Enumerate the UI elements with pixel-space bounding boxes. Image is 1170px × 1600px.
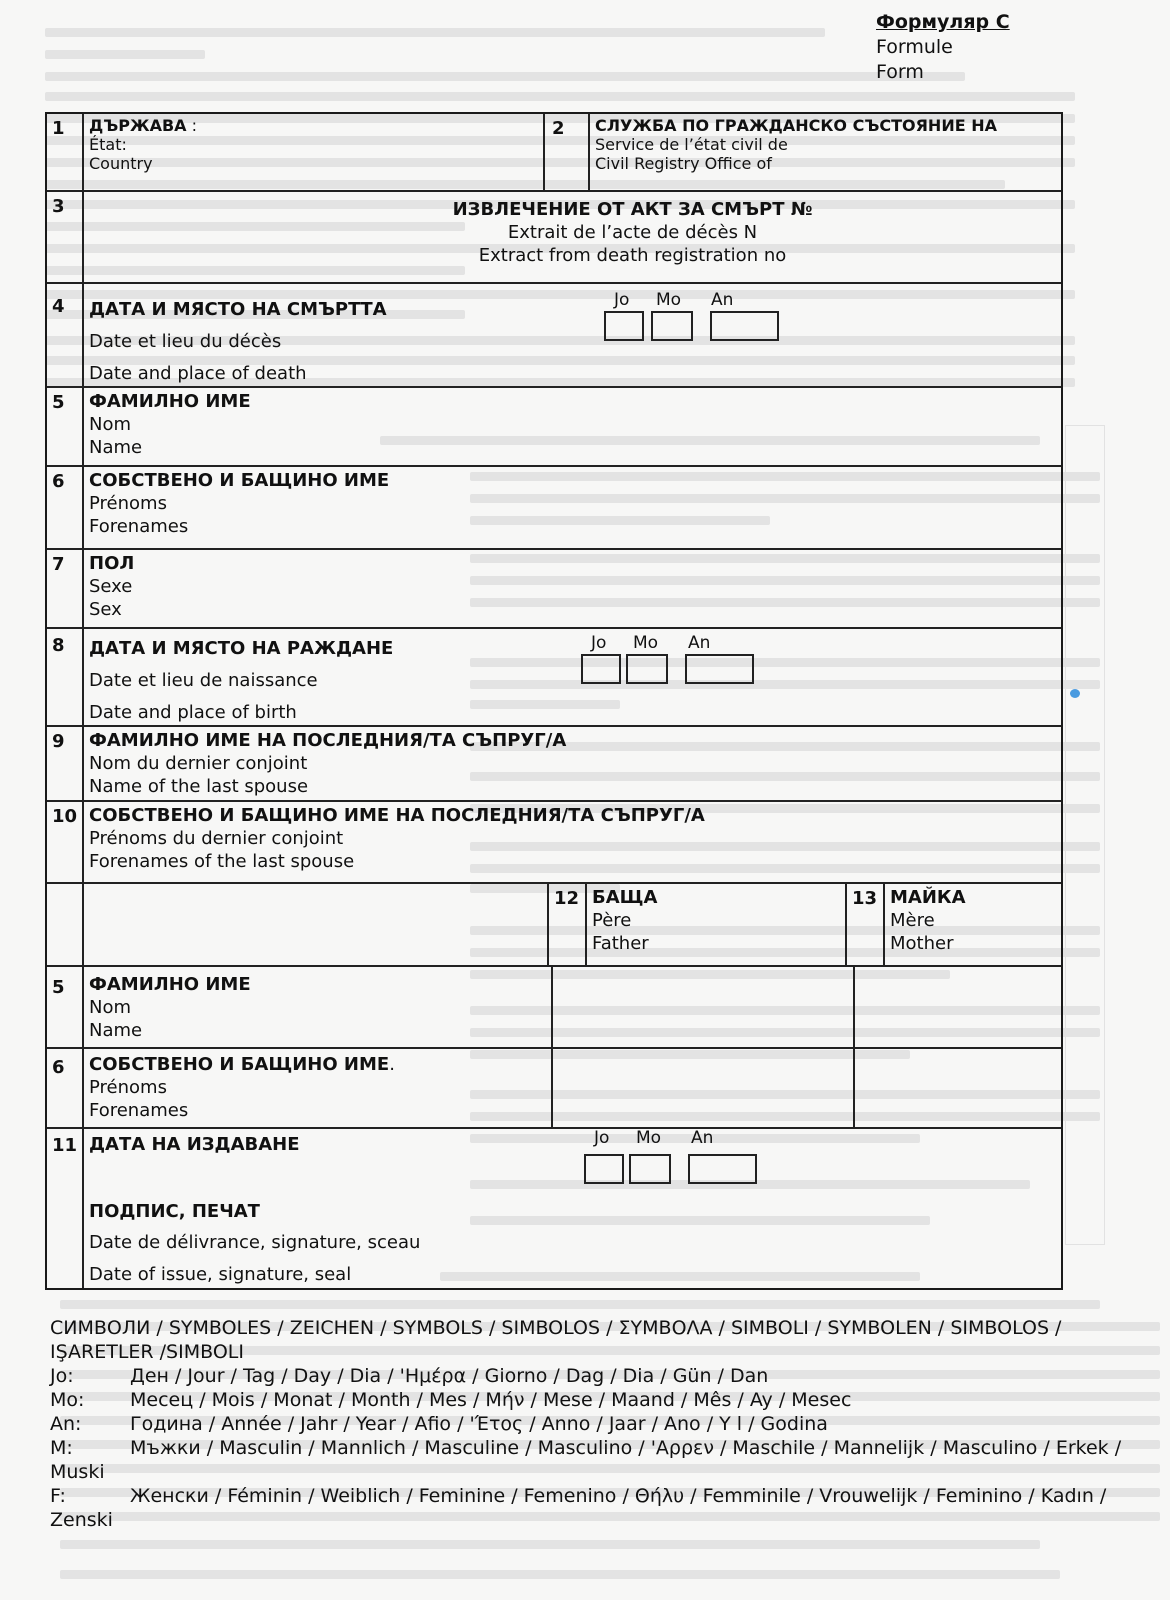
symbol-value: Година / Année / Jahr / Year / Afio / 'Έ… [130, 1412, 1160, 1436]
spouse-surname-field[interactable]: ФАМИЛНО ИМЕ НА ПОСЛЕДНИЯ/ТА СЪПРУГ/А Nom… [84, 727, 1061, 800]
row-sex: 7 ПОЛ Sexe Sex [47, 550, 1061, 629]
date-place-birth-field[interactable]: ДАТА И МЯСТО НА РАЖДАНЕ Date et lieu de … [84, 629, 1061, 725]
month-label: Mo [636, 1127, 661, 1150]
country-field[interactable]: ДЪРЖАВА : État: Country [84, 114, 545, 190]
field-label-bg: ПОЛ [89, 552, 1061, 575]
bleed-through-line [45, 50, 205, 59]
year-input-box[interactable] [710, 311, 779, 341]
parents-forenames-label: СОБСТВЕНО И БАЩИНО ИМЕ. Prénoms Forename… [84, 1049, 1061, 1127]
row-parents-forenames: 6 СОБСТВЕНО И БАЩИНО ИМЕ. Prénoms Forena… [47, 1049, 1061, 1129]
mother-surname-field[interactable] [853, 967, 855, 1047]
year-input-box[interactable] [688, 1154, 757, 1184]
field-label-bg: ДЪРЖАВА [89, 116, 187, 135]
year-label: An [691, 1127, 713, 1150]
field-label-en: Name [89, 436, 1061, 459]
field-number: 5 [47, 967, 84, 1047]
field-label-fr: Nom du dernier conjoint [89, 752, 1061, 775]
row-parents-surname: 5 ФАМИЛНО ИМЕ Nom Name [47, 967, 1061, 1049]
field-label-en: Country [89, 154, 543, 173]
form-title-fr: Formule [876, 35, 1010, 60]
field-label-en: Forenames [89, 515, 1061, 538]
symbol-row: Jo:Ден / Jour / Tag / Day / Dia / 'Ημέρα… [50, 1364, 1160, 1388]
field-label-bg: СОБСТВЕНО И БАЩИНО ИМЕ [89, 1054, 389, 1075]
form-title-bg: Формуляр С [876, 10, 1010, 35]
bleed-through-line [45, 72, 965, 81]
field-label-en: Name of the last spouse [89, 775, 1061, 798]
field-number: 2 [545, 114, 590, 190]
symbol-row: Mo:Месец / Mois / Monat / Month / Mes / … [50, 1388, 1160, 1412]
field-number: 12 [549, 884, 587, 965]
bleed-through-line [45, 92, 1075, 101]
day-input-box[interactable] [604, 311, 644, 341]
symbol-key: Mo: [50, 1388, 130, 1412]
mother-forenames-field[interactable] [853, 1049, 855, 1127]
form-header: Формуляр С Formule Form [876, 10, 1010, 85]
signature-seal-label: ПОДПИС, ПЕЧАТ [89, 1200, 1061, 1223]
field-number: 7 [47, 550, 84, 627]
forenames-field[interactable]: СОБСТВЕНО И БАЩИНО ИМЕ Prénoms Forenames [84, 467, 1061, 548]
month-input-box[interactable] [629, 1154, 671, 1184]
symbol-value: Мъжки / Masculin / Mannlich / Masculine … [130, 1436, 1160, 1460]
field-label-bg: ФАМИЛНО ИМЕ [89, 390, 1061, 413]
field-label-bg: ИЗВЛЕЧЕНИЕ ОТ АКТ ЗА СМЪРТ № [204, 198, 1061, 221]
field-label-fr: Nom [89, 996, 1061, 1019]
field-label-fr: Prénoms [89, 492, 1061, 515]
symbol-key-cont: Zenski [50, 1508, 1160, 1532]
field-label-en: Forenames of the last spouse [89, 850, 1061, 873]
symbol-key-cont: Muski [50, 1460, 1160, 1484]
symbol-row: M:Мъжки / Masculin / Mannlich / Masculin… [50, 1436, 1160, 1460]
row-issue-date-signature: 11 ДАТА НА ИЗДАВАНЕ ПОДПИС, ПЕЧАТ Date d… [47, 1129, 1061, 1288]
symbol-value: Ден / Jour / Tag / Day / Dia / 'Ημέρα / … [130, 1364, 1160, 1388]
bleed-through-line [45, 28, 825, 37]
field-number: 3 [47, 192, 84, 282]
field-label-bg: МАЙКА [890, 886, 1098, 909]
month-input-box[interactable] [626, 654, 668, 684]
field-label-fr: Nom [89, 413, 1061, 436]
sex-field[interactable]: ПОЛ Sexe Sex [84, 550, 1061, 627]
surname-field[interactable]: ФАМИЛНО ИМЕ Nom Name [84, 388, 1061, 465]
spouse-forenames-field[interactable]: СОБСТВЕНО И БАЩИНО ИМЕ НА ПОСЛЕДНИЯ/ТА С… [84, 802, 1061, 882]
symbol-value: Женски / Féminin / Weiblich / Feminine /… [130, 1484, 1160, 1508]
field-label-fr: Date de délivrance, signature, sceau [89, 1231, 1061, 1254]
field-label-en: Civil Registry Office of [595, 154, 1061, 173]
year-input-box[interactable] [685, 654, 754, 684]
day-input-box[interactable] [581, 654, 621, 684]
field-label-fr: Père [592, 909, 845, 932]
field-label-bg: ФАМИЛНО ИМЕ НА ПОСЛЕДНИЯ/ТА СЪПРУГ/А [89, 729, 1061, 752]
symbol-row: F:Женски / Féminin / Weiblich / Feminine… [50, 1484, 1160, 1508]
field-label-en: Name [89, 1019, 1061, 1042]
field-label-en: Forenames [89, 1099, 1061, 1122]
field-label-fr: Sexe [89, 575, 1061, 598]
field-label-bg: СОБСТВЕНО И БАЩИНО ИМЕ [89, 469, 1061, 492]
symbol-key: An: [50, 1412, 130, 1436]
field-label-bg: ФАМИЛНО ИМЕ [89, 973, 1061, 996]
field-label-fr: Prénoms [89, 1076, 1061, 1099]
field-number: 5 [47, 388, 84, 465]
extract-number-field[interactable]: ИЗВЛЕЧЕНИЕ ОТ АКТ ЗА СМЪРТ № Extrait de … [84, 192, 1061, 282]
field-label-fr: Date et lieu de naissance [89, 665, 1061, 697]
row-spouse-surname: 9 ФАМИЛНО ИМЕ НА ПОСЛЕДНИЯ/ТА СЪПРУГ/А N… [47, 727, 1061, 802]
bleed-through-table [1065, 425, 1105, 1245]
symbols-legend: СИМВОЛИ / SYMBOLES / ZEICHEN / SYMBOLS /… [50, 1316, 1160, 1532]
field-number-empty [47, 884, 84, 965]
field-number: 8 [47, 629, 84, 725]
registry-office-field[interactable]: СЛУЖБА ПО ГРАЖДАНСКО СЪСТОЯНИЕ НА Servic… [590, 114, 1061, 190]
row-parents-header: 12 БАЩА Père Father 13 МАЙКА Mère Mother [47, 884, 1061, 967]
field-label-en: Father [592, 932, 845, 955]
row-date-place-death: 4 ДАТА И МЯСТО НА СМЪРТТА Date et lieu d… [47, 284, 1061, 388]
field-number: 6 [47, 467, 84, 548]
label-suffix: : [187, 116, 197, 135]
parents-surname-label: ФАМИЛНО ИМЕ Nom Name [84, 967, 1061, 1047]
field-number: 6 [47, 1049, 84, 1127]
father-surname-field[interactable] [551, 967, 553, 1047]
field-label-bg: СОБСТВЕНО И БАЩИНО ИМЕ НА ПОСЛЕДНИЯ/ТА С… [89, 804, 1061, 827]
symbols-title: СИМВОЛИ / SYMBOLES / ZEICHEN / SYMBOLS /… [50, 1316, 1160, 1340]
row-surname: 5 ФАМИЛНО ИМЕ Nom Name [47, 388, 1061, 467]
ink-mark [1070, 689, 1080, 698]
field-number: 10 [47, 802, 84, 882]
symbol-key: F: [50, 1484, 130, 1508]
parents-blank-cell [84, 884, 549, 965]
father-forenames-field[interactable] [551, 1049, 553, 1127]
row-date-place-birth: 8 ДАТА И МЯСТО НА РАЖДАНЕ Date et lieu d… [47, 629, 1061, 727]
day-label: Jo [594, 1127, 609, 1150]
field-label-fr: Extrait de l’acte de décès N [204, 221, 1061, 244]
field-label-bg: СЛУЖБА ПО ГРАЖДАНСКО СЪСТОЯНИЕ НА [595, 116, 1061, 135]
field-label-en: Date and place of birth [89, 697, 1061, 729]
field-label-fr: Prénoms du dernier conjoint [89, 827, 1061, 850]
symbols-title-cont: IŞARETLER /SIMBOLI [50, 1340, 1160, 1364]
date-place-death-field[interactable]: ДАТА И МЯСТО НА СМЪРТТА Date et lieu du … [84, 284, 1061, 386]
day-input-box[interactable] [584, 1154, 624, 1184]
bleed-through-line [60, 1540, 1040, 1549]
symbol-key: Jo: [50, 1364, 130, 1388]
field-number: 1 [47, 114, 84, 190]
field-label-fr: État: [89, 135, 543, 154]
mother-header: МАЙКА Mère Mother [885, 884, 1098, 965]
field-label-en: Sex [89, 598, 1061, 621]
form-title-en: Form [876, 60, 1010, 85]
symbol-key: M: [50, 1436, 130, 1460]
row-forenames: 6 СОБСТВЕНО И БАЩИНО ИМЕ Prénoms Forenam… [47, 467, 1061, 550]
month-input-box[interactable] [651, 311, 693, 341]
field-number: 11 [47, 1129, 84, 1288]
field-label-bg: ДАТА НА ИЗДАВАНЕ [89, 1133, 1061, 1156]
row-extract-number: 3 ИЗВЛЕЧЕНИЕ ОТ АКТ ЗА СМЪРТ № Extrait d… [47, 192, 1061, 284]
field-label-en: Date of issue, signature, seal [89, 1263, 1061, 1286]
symbol-row: An:Година / Année / Jahr / Year / Afio /… [50, 1412, 1160, 1436]
field-label-bg: ДАТА И МЯСТО НА РАЖДАНЕ [89, 633, 1061, 665]
death-extract-form: 1 ДЪРЖАВА : État: Country 2 СЛУЖБА ПО ГР… [45, 112, 1063, 1290]
field-label-fr: Date et lieu du décès [89, 326, 1061, 358]
row-spouse-forenames: 10 СОБСТВЕНО И БАЩИНО ИМЕ НА ПОСЛЕДНИЯ/Т… [47, 802, 1061, 884]
field-label-en: Date and place of death [89, 358, 1061, 390]
field-number: 13 [847, 884, 885, 965]
field-label-bg: БАЩА [592, 886, 845, 909]
row-country-registry: 1 ДЪРЖАВА : État: Country 2 СЛУЖБА ПО ГР… [47, 114, 1061, 192]
bleed-through-line [60, 1300, 1100, 1309]
field-label-bg: ДАТА И МЯСТО НА СМЪРТТА [89, 294, 1061, 326]
bleed-through-line [60, 1570, 1060, 1579]
father-header: БАЩА Père Father [587, 884, 847, 965]
label-suffix: . [389, 1054, 395, 1075]
field-label-fr: Mère [890, 909, 1098, 932]
field-number: 4 [47, 284, 84, 386]
field-label-en: Mother [890, 932, 1098, 955]
issue-date-signature-field[interactable]: ДАТА НА ИЗДАВАНЕ ПОДПИС, ПЕЧАТ Date de d… [84, 1129, 1061, 1288]
field-number: 9 [47, 727, 84, 800]
field-label-en: Extract from death registration no [204, 244, 1061, 267]
field-label-fr: Service de l’état civil de [595, 135, 1061, 154]
symbol-value: Месец / Mois / Monat / Month / Mes / Μήν… [130, 1388, 1160, 1412]
